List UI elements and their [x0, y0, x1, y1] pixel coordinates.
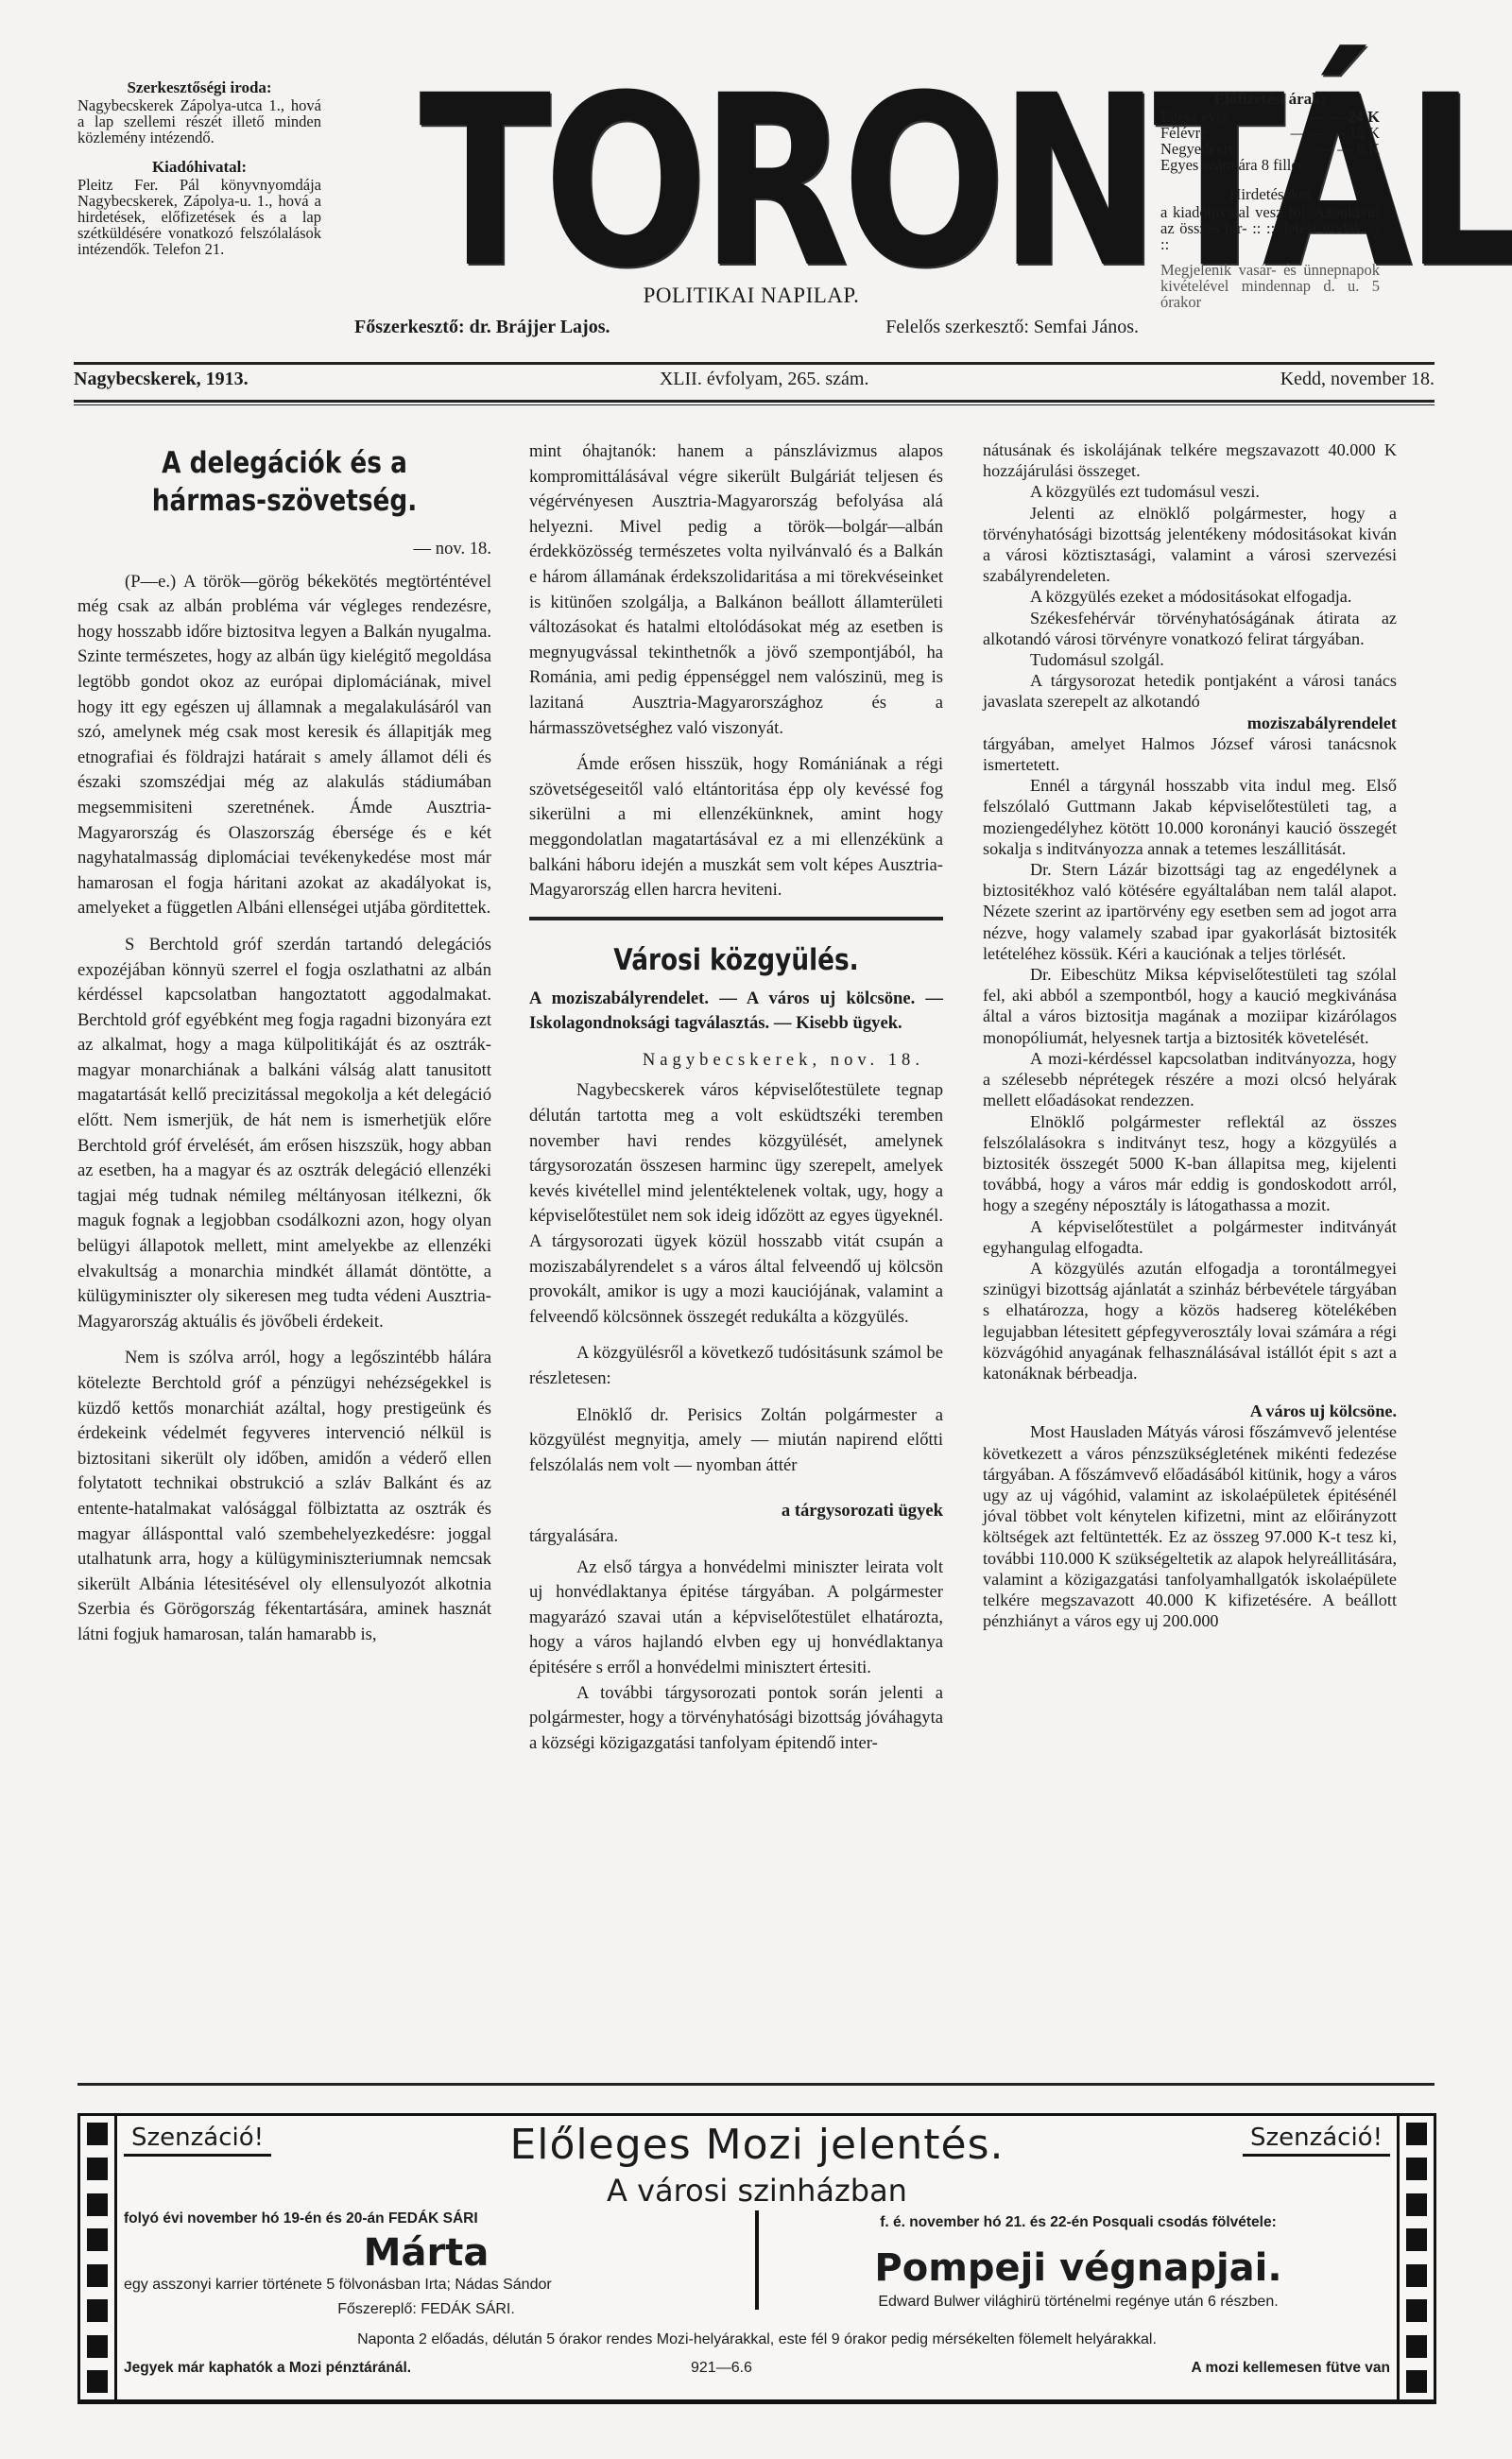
article-divider	[529, 917, 943, 920]
article-paragraph: nátusának és iskolájának telkére megszav…	[983, 439, 1397, 481]
article-dateline: Nagybecskerek, nov. 18.	[529, 1048, 943, 1074]
left-show-star: Főszereplő: FEDÁK SÁRI.	[124, 2301, 729, 2318]
masthead-rule-bottom	[74, 400, 1435, 403]
cinema-advertisement: Szenzáció! Szenzáció! Előleges Mozi jele…	[77, 2113, 1436, 2404]
article-paragraph: A közgyülés ezt tudomásul veszi.	[983, 481, 1397, 502]
masthead-rule-thin	[74, 404, 1435, 405]
article-paragraph: Elnöklő polgármester reflektál az összes…	[983, 1111, 1397, 1216]
article-paragraph: A mozi-kérdéssel kapcsolatban inditványo…	[983, 1048, 1397, 1111]
ad-divider	[755, 2210, 759, 2310]
article-paragraph: Nagybecskerek város képviselőtestülete t…	[529, 1078, 943, 1330]
right-show-film: Pompeji végnapjai.	[776, 2246, 1381, 2290]
editorial-office-text: Nagybecskerek Zápolya-utca 1., hová a la…	[77, 97, 321, 146]
ad-schedule: Naponta 2 előadás, délután 5 órakor rend…	[124, 2331, 1390, 2348]
article-paragraph: Jelenti az elnöklő polgármester, hogy a …	[983, 503, 1397, 587]
right-show-description: Edward Bulwer világhirü történelmi regén…	[776, 2294, 1381, 2311]
article-paragraph: Most Hausladen Mátyás városi főszámvevő …	[983, 1421, 1397, 1631]
article-paragraph: A képviselőtestület a polgármester indit…	[983, 1216, 1397, 1258]
ad-title: Előleges Mozi jelentés.	[124, 2121, 1390, 2169]
subscription-box: Előfizetési árak: Egész évre— — 24 K Fél…	[1160, 91, 1380, 310]
publication-schedule: Megjelenik vasár- és ünnepnapok kivételé…	[1160, 262, 1380, 310]
article-headline: A delegációk és a hármas-szövetség.	[109, 444, 460, 520]
newspaper-title: TORONTÁL	[419, 74, 1092, 291]
subscription-heading: Előfizetési árak:	[1160, 91, 1380, 107]
issue-date: Kedd, november 18.	[1280, 369, 1435, 390]
section-subhead: moziszabályrendelet	[983, 713, 1397, 733]
price-dashes: — —	[1317, 140, 1352, 158]
price-label: Negyedévre	[1160, 141, 1236, 157]
column-3: nátusának és iskolájának telkére megszav…	[983, 439, 1397, 1631]
single-issue-price: Egyes szám ára 8 fillér.	[1160, 157, 1380, 173]
article-paragraph: Az első tárgya a honvédelmi miniszter le…	[529, 1556, 943, 1681]
masthead-rule-top	[74, 362, 1435, 365]
article-paragraph: A tárgysorozat hetedik pontjaként a váro…	[983, 670, 1397, 712]
ad-content: Szenzáció! Szenzáció! Előleges Mozi jele…	[124, 2116, 1390, 2399]
publisher-office-text: Pleitz Fer. Pál könyvnyomdája Nagybecske…	[77, 177, 321, 257]
price-row: Negyedévre— — 6 K	[1160, 141, 1380, 157]
column-2: mint óhajtanók: hanem a pánszlávizmus al…	[529, 439, 943, 1756]
newspaper-subtitle: POLITIKAI NAPILAP.	[350, 284, 1153, 308]
column-1: A delegációk és a hármas-szövetség. — no…	[77, 444, 491, 1648]
left-show-description: egy asszonyi karrier története 5 fölvoná…	[124, 2277, 729, 2294]
film-strip-left	[80, 2116, 117, 2399]
article-paragraph: Ámde erősen hisszük, hogy Romániának a r…	[529, 752, 943, 903]
section-subhead: a tárgysorozati ügyek	[529, 1499, 943, 1524]
article-paragraph: A közgyülésről a következő tudósitásunk …	[529, 1341, 943, 1391]
publisher-office-heading: Kiadóhivatal:	[77, 159, 321, 175]
article-paragraph: Dr. Stern Lázár bizottsági tag az engedé…	[983, 859, 1397, 964]
article-summary: A moziszabályrendelet. — A város uj kölc…	[529, 987, 943, 1037]
volume-issue: XLII. évfolyam, 265. szám.	[660, 369, 869, 390]
right-show-dates: f. é. november hó 21. és 22-én Posquali …	[776, 2214, 1381, 2231]
article-paragraph: A közgyülés azután elfogadja a torontálm…	[983, 1258, 1397, 1384]
dateline: Nagybecskerek, 1913. XLII. évfolyam, 265…	[74, 369, 1435, 390]
chief-editor: Főszerkesztő: dr. Brájjer Lajos.	[354, 317, 610, 338]
page-bottom-rule	[77, 2083, 1435, 2086]
article-date: — nov. 18.	[77, 537, 491, 562]
responsible-editor: Felelős szerkesztő: Semfai János.	[885, 317, 1139, 338]
place-year: Nagybecskerek, 1913.	[74, 369, 249, 390]
article-paragraph: mint óhajtanók: hanem a pánszlávizmus al…	[529, 439, 943, 741]
article-paragraph: Dr. Eibeschütz Miksa képviselőtestületi …	[983, 964, 1397, 1048]
ad-venue: A városi szinházban	[124, 2173, 1390, 2209]
ads-heading: Hirdetéseket	[1160, 186, 1380, 202]
article-paragraph: Nem is szólva arról, hogy a legőszintébb…	[77, 1346, 491, 1647]
article-paragraph: tárgyában, amelyet Halmos József városi …	[983, 733, 1397, 775]
article-headline: Városi közgyülés.	[560, 941, 912, 979]
price-label: Félévre	[1160, 125, 1207, 141]
article-paragraph: A közgyülés ezeket a módositásokat elfog…	[983, 586, 1397, 607]
article-paragraph: (P—e.) A török—görög békekötés megtörtén…	[77, 570, 491, 921]
left-show-film: Márta	[124, 2231, 729, 2275]
article-paragraph: tárgyalására.	[529, 1524, 943, 1550]
article-paragraph: Ennél a tárgynál hosszabb vita indul meg…	[983, 775, 1397, 859]
left-show-dates: folyó évi november hó 19-én és 20-án FED…	[124, 2210, 729, 2227]
film-strip-right	[1397, 2116, 1434, 2399]
price-value: 6 K	[1357, 140, 1380, 158]
article-paragraph: Tudomásul szolgál.	[983, 649, 1397, 670]
ad-tickets: Jegyek már kaphatók a Mozi pénztáránál.	[124, 2360, 411, 2377]
article-paragraph: Székesfehérvár törvényhatóságának átirat…	[983, 608, 1397, 649]
ad-heating: A mozi kellemesen fütve van	[1192, 2360, 1390, 2377]
section-subhead: A város uj kölcsöne.	[983, 1401, 1397, 1421]
price-label: Egész évre	[1160, 109, 1228, 125]
article-paragraph: Elnöklő dr. Perisics Zoltán polgármester…	[529, 1403, 943, 1479]
ads-text: a kiadóhivatal vesz föl. Azonkivül az ös…	[1160, 204, 1380, 252]
editorial-office-heading: Szerkesztőségi iroda:	[77, 79, 321, 95]
price-row: Egész évre— — 24 K	[1160, 109, 1380, 125]
price-row: Félévre— — — 12 K	[1160, 125, 1380, 141]
article-paragraph: S Berchtold gróf szerdán tartandó delegá…	[77, 933, 491, 1335]
editorial-office-box: Szerkesztőségi iroda: Nagybecskerek Zápo…	[77, 79, 321, 257]
ad-code: 921—6.6	[691, 2360, 752, 2377]
editors-line: Főszerkesztő: dr. Brájjer Lajos. Felelős…	[354, 317, 1139, 338]
article-paragraph: A további tárgysorozati pontok során jel…	[529, 1681, 943, 1757]
